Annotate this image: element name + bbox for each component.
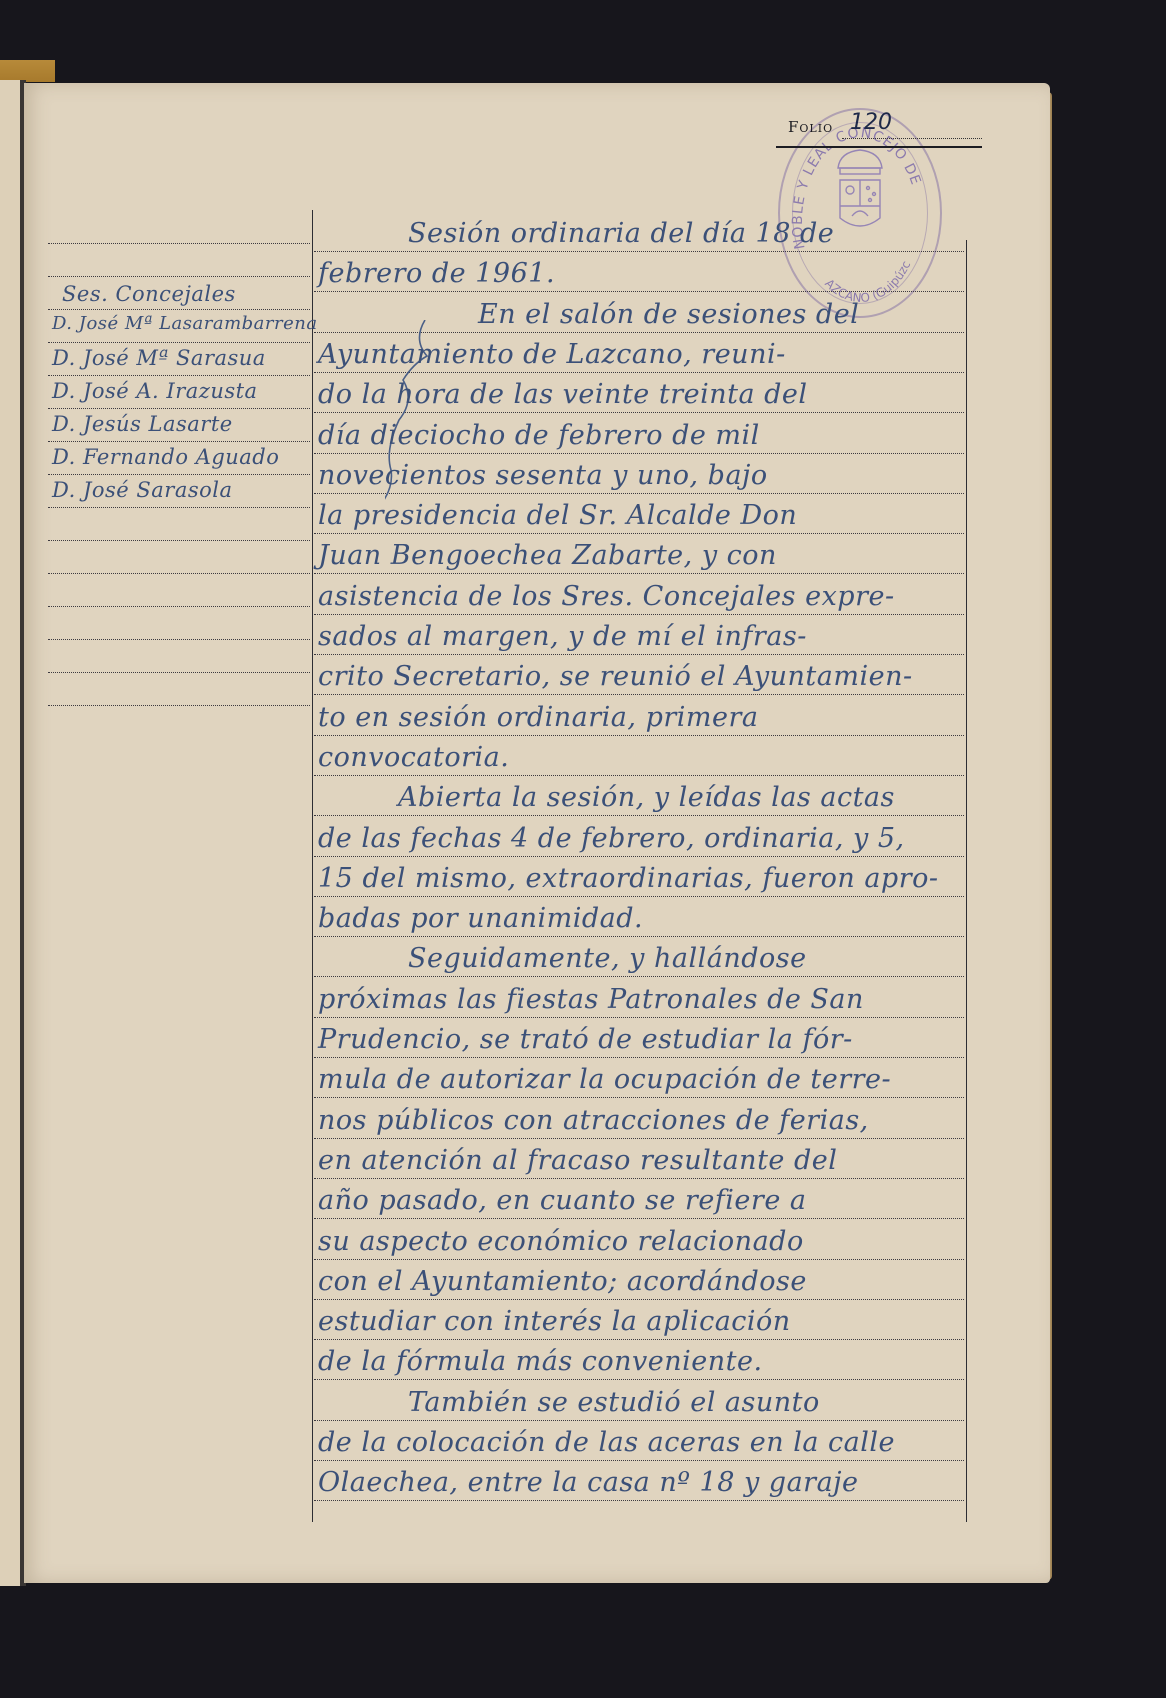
margin-note: Ses. Concejales: [62, 282, 236, 306]
body-rule: [314, 291, 964, 292]
body-line: en atención al fracaso resultante del: [318, 1145, 837, 1176]
margin-note: D. José Sarasola: [52, 478, 233, 502]
body-line: Ayuntamiento de Lazcano, reuni-: [318, 339, 786, 370]
margin-rule: [48, 408, 310, 409]
body-rule: [314, 251, 964, 252]
body-line: con el Ayuntamiento; acordándose: [318, 1266, 807, 1297]
margin-rule: [48, 309, 310, 310]
body-rule: [314, 1500, 964, 1501]
body-line: asistencia de los Sres. Concejales expre…: [318, 581, 895, 612]
margin-note: D. Fernando Aguado: [52, 445, 279, 469]
previous-page-edge: [0, 80, 22, 1586]
body-line: febrero de 1961.: [318, 258, 555, 289]
body-line: Abierta la sesión, y leídas las actas: [398, 782, 895, 813]
body-rule: [314, 1057, 964, 1058]
body-line: Sesión ordinaria del día 18 de: [408, 218, 834, 249]
body-line: crito Secretario, se reunió el Ayuntamie…: [318, 661, 913, 692]
body-rule: [314, 936, 964, 937]
body-line: la presidencia del Sr. Alcalde Don: [318, 500, 797, 531]
folio-number: 120: [850, 110, 892, 135]
body-line: to en sesión ordinaria, primera: [318, 702, 758, 733]
body-rule: [314, 1299, 964, 1300]
body-line: de la fórmula más conveniente.: [318, 1346, 763, 1377]
folio-dotted-line: [842, 138, 982, 139]
body-line: do la hora de las veinte treinta del: [318, 379, 808, 410]
body-line: Olaechea, entre la casa nº 18 y garaje: [318, 1467, 859, 1498]
body-line: de las fechas 4 de febrero, ordinaria, y…: [318, 823, 905, 854]
body-rule: [314, 775, 964, 776]
body-line: novecientos sesenta y uno, bajo: [318, 460, 768, 491]
margin-rule: [48, 474, 310, 475]
body-line: estudiar con interés la aplicación: [318, 1306, 791, 1337]
body-line: 15 del mismo, extraordinarias, fueron ap…: [318, 863, 938, 894]
margin-note: D. José A. Irazusta: [52, 379, 258, 403]
binding-tape: [0, 60, 55, 82]
margin-rule: [48, 672, 310, 673]
body-line: día dieciocho de febrero de mil: [318, 420, 760, 451]
margin-note: D. Jesús Lasarte: [52, 412, 233, 436]
margin-rule: [48, 639, 310, 640]
body-rule: [314, 735, 964, 736]
body-line: mula de autorizar la ocupación de terre-: [318, 1064, 891, 1095]
council-stamp: NOBLE Y LEAL CONCEJO DE AZCANO (Guipúzco…: [778, 108, 942, 318]
body-line: También se estudió el asunto: [408, 1387, 820, 1418]
body-line: Juan Bengoechea Zabarte, y con: [318, 540, 777, 571]
margin-rule: [48, 276, 310, 277]
body-rule: [314, 1138, 964, 1139]
margin-rule: [48, 573, 310, 574]
body-line: Prudencio, se trató de estudiar la fór-: [318, 1024, 853, 1055]
body-rule: [314, 1339, 964, 1340]
body-rule: [314, 976, 964, 977]
body-rule: [314, 1178, 964, 1179]
margin-note: D. José Mª Sarasua: [52, 346, 266, 370]
body-line: Seguidamente, y hallándose: [408, 943, 807, 974]
coat-of-arms-icon: NOBLE Y LEAL CONCEJO DE AZCANO (Guipúzco…: [780, 110, 940, 316]
body-line: su aspecto económico relacionado: [318, 1226, 804, 1257]
body-rule: [314, 815, 964, 816]
body-line: En el salón de sesiones del: [478, 299, 859, 330]
body-rule: [314, 1259, 964, 1260]
body-rule: [314, 1379, 964, 1380]
folio-label: Folio: [788, 118, 833, 136]
body-line: de la colocación de las aceras en la cal…: [318, 1427, 895, 1458]
body-rule: [314, 1017, 964, 1018]
body-line: próximas las fiestas Patronales de San: [318, 984, 864, 1015]
body-rule: [314, 1097, 964, 1098]
body-rule: [314, 654, 964, 655]
body-line: sados al margen, y de mí el infras-: [318, 621, 807, 652]
body-rule: [314, 896, 964, 897]
body-line: año pasado, en cuanto se refiere a: [318, 1185, 806, 1216]
body-rule: [314, 856, 964, 857]
body-line: nos públicos con atracciones de ferias,: [318, 1105, 869, 1136]
right-border-line: [966, 240, 967, 1522]
body-line: convocatoria.: [318, 742, 509, 773]
margin-rule: [48, 507, 310, 508]
body-rule: [314, 1460, 964, 1461]
margin-rule: [48, 540, 310, 541]
margin-rule: [48, 705, 310, 706]
margin-note: D. José Mª Lasarambarrena: [52, 313, 318, 334]
folio-underline: [776, 146, 982, 148]
body-rule: [314, 1218, 964, 1219]
body-rule: [314, 614, 964, 615]
margin-rule: [48, 441, 310, 442]
margin-rule: [48, 375, 310, 376]
body-rule: [314, 694, 964, 695]
margin-rule: [48, 342, 310, 343]
body-rule: [314, 1420, 964, 1421]
margin-separator-line: [312, 210, 313, 1522]
body-line: badas por unanimidad.: [318, 903, 643, 934]
margin-rule: [48, 606, 310, 607]
margin-rule: [48, 243, 310, 244]
